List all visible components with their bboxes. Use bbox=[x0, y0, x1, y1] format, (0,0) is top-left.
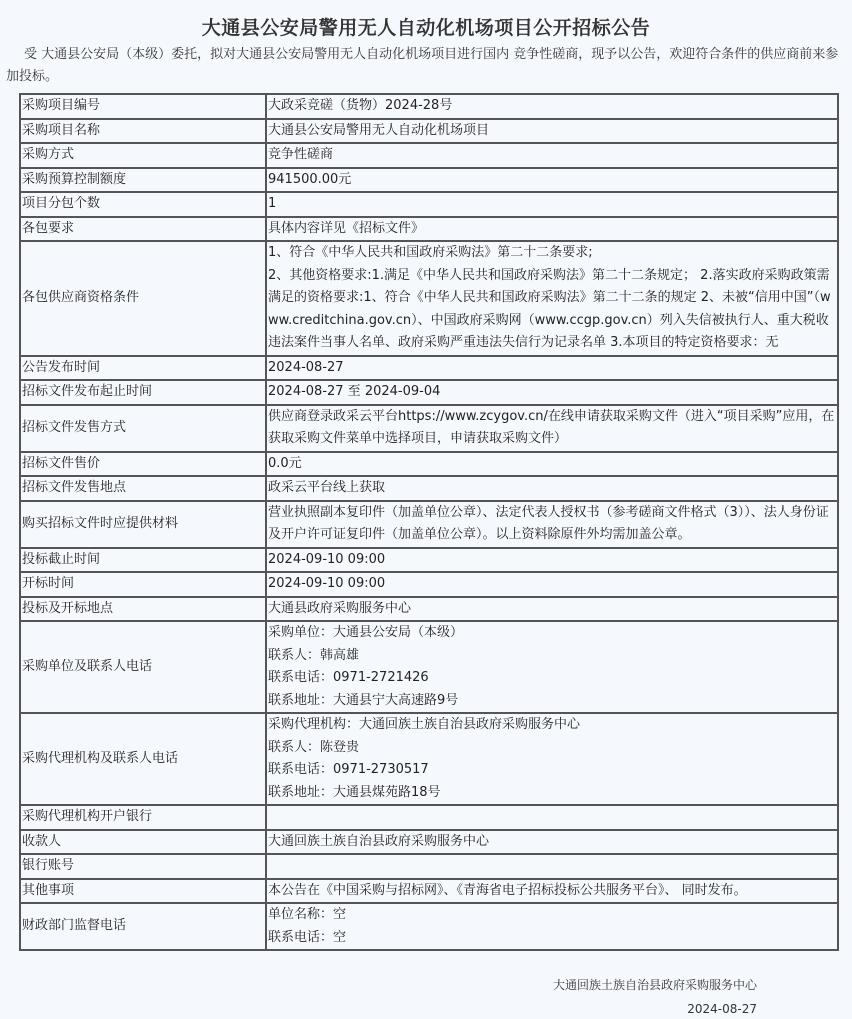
row-value-line: 本公告在《中国采购与招标网》、《青海省电子招标投标公共服务平台》、 同时发布。 bbox=[268, 880, 837, 903]
row-label: 招标文件发售方式 bbox=[20, 405, 266, 452]
intro-paragraph: 受 大通县公安局（本级）委托，拟对大通县公安局警用无人自动化机场项目进行国内 竞… bbox=[6, 44, 842, 88]
row-value-line: 大通县公安局警用无人自动化机场项目 bbox=[268, 120, 837, 143]
row-value: 采购单位：大通县公安局（本级）联系人：韩高雄联系电话：0971-2721426联… bbox=[266, 621, 838, 713]
row-label: 开标时间 bbox=[20, 572, 266, 597]
row-label: 购买招标文件时应提供材料 bbox=[20, 501, 266, 548]
row-value-line: 联系地址：大通县宁大高速路9号 bbox=[268, 690, 837, 713]
row-value-line: 联系电话：0971-2721426 bbox=[268, 667, 837, 690]
table-row: 购买招标文件时应提供材料营业执照副本复印件（加盖单位公章）、法定代表人授权书（参… bbox=[20, 501, 838, 548]
table-row: 财政部门监督电话单位名称：空联系电话：空 bbox=[20, 903, 838, 950]
row-value: 1、符合《中华人民共和国政府采购法》第二十二条要求;2、其他资格要求:1.满足《… bbox=[266, 241, 838, 356]
row-value-line: 联系电话：空 bbox=[268, 927, 837, 950]
table-row: 收款人大通回族土族自治县政府采购服务中心 bbox=[20, 830, 838, 855]
row-label: 财政部门监督电话 bbox=[20, 903, 266, 950]
row-label: 各包要求 bbox=[20, 217, 266, 242]
table-row: 开标时间2024-09-10 09:00 bbox=[20, 572, 838, 597]
row-value-line: 1、符合《中华人民共和国政府采购法》第二十二条要求; bbox=[268, 242, 837, 265]
row-label: 银行账号 bbox=[20, 854, 266, 879]
row-value bbox=[266, 805, 838, 830]
row-value: 0.0元 bbox=[266, 452, 838, 477]
row-value-line: 联系人：韩高雄 bbox=[268, 645, 837, 668]
row-label: 招标文件售价 bbox=[20, 452, 266, 477]
row-value: 2024-08-27 至 2024-09-04 bbox=[266, 380, 838, 405]
table-row: 项目分包个数1 bbox=[20, 192, 838, 217]
row-value: 竞争性磋商 bbox=[266, 143, 838, 168]
row-label: 采购项目名称 bbox=[20, 119, 266, 144]
table-row: 采购代理机构开户银行 bbox=[20, 805, 838, 830]
table-row: 采购项目名称大通县公安局警用无人自动化机场项目 bbox=[20, 119, 838, 144]
row-value-line: 采购代理机构：大通回族土族自治县政府采购服务中心 bbox=[268, 714, 837, 737]
table-row: 采购项目编号大政采竞磋（货物）2024-28号 bbox=[20, 94, 838, 119]
row-value-line: 0.0元 bbox=[268, 453, 837, 476]
row-value-line: 2024-08-27 至 2024-09-04 bbox=[268, 381, 837, 404]
row-label: 项目分包个数 bbox=[20, 192, 266, 217]
row-value: 1 bbox=[266, 192, 838, 217]
row-value: 大政采竞磋（货物）2024-28号 bbox=[266, 94, 838, 119]
row-label: 公告发布时间 bbox=[20, 356, 266, 381]
row-label: 其他事项 bbox=[20, 879, 266, 904]
row-value-line: 采购单位：大通县公安局（本级） bbox=[268, 622, 837, 645]
row-value-line: 大政采竞磋（货物）2024-28号 bbox=[268, 95, 837, 118]
row-value-line: 2、其他资格要求:1.满足《中华人民共和国政府采购法》第二十二条规定； 2.落实… bbox=[268, 265, 837, 355]
row-value: 本公告在《中国采购与招标网》、《青海省电子招标投标公共服务平台》、 同时发布。 bbox=[266, 879, 838, 904]
table-row: 采购单位及联系人电话采购单位：大通县公安局（本级）联系人：韩高雄联系电话：097… bbox=[20, 621, 838, 713]
row-label: 招标文件发售地点 bbox=[20, 476, 266, 501]
row-label: 招标文件发布起止时间 bbox=[20, 380, 266, 405]
row-label: 采购项目编号 bbox=[20, 94, 266, 119]
row-value-line: 政采云平台线上获取 bbox=[268, 477, 837, 500]
row-value: 2024-09-10 09:00 bbox=[266, 572, 838, 597]
row-value: 大通县公安局警用无人自动化机场项目 bbox=[266, 119, 838, 144]
row-value-line: 竞争性磋商 bbox=[268, 144, 837, 167]
table-row: 招标文件售价0.0元 bbox=[20, 452, 838, 477]
row-value: 2024-08-27 bbox=[266, 356, 838, 381]
row-value-line: 大通回族土族自治县政府采购服务中心 bbox=[268, 831, 837, 854]
row-value: 单位名称：空联系电话：空 bbox=[266, 903, 838, 950]
row-value: 政采云平台线上获取 bbox=[266, 476, 838, 501]
table-row: 投标截止时间2024-09-10 09:00 bbox=[20, 548, 838, 573]
table-row: 其他事项本公告在《中国采购与招标网》、《青海省电子招标投标公共服务平台》、 同时… bbox=[20, 879, 838, 904]
row-label: 采购方式 bbox=[20, 143, 266, 168]
row-value-line: 联系地址：大通县煤苑路18号 bbox=[268, 782, 837, 805]
row-value-line: 供应商登录政采云平台https://www.zcygov.cn/在线申请获取采购… bbox=[268, 406, 837, 451]
row-label: 采购代理机构及联系人电话 bbox=[20, 713, 266, 805]
announcement-page: 大通县公安局警用无人自动化机场项目公开招标公告 受 大通县公安局（本级）委托，拟… bbox=[0, 0, 852, 1019]
row-value: 供应商登录政采云平台https://www.zcygov.cn/在线申请获取采购… bbox=[266, 405, 838, 452]
row-value-line: 1 bbox=[268, 193, 837, 216]
page-title: 大通县公安局警用无人自动化机场项目公开招标公告 bbox=[0, 14, 852, 42]
row-value: 营业执照副本复印件（加盖单位公章）、法定代表人授权书（参考磋商文件格式（3））、… bbox=[266, 501, 838, 548]
row-value-line: 941500.00元 bbox=[268, 169, 837, 192]
row-value: 2024-09-10 09:00 bbox=[266, 548, 838, 573]
row-value-line: 具体内容详见《招标文件》 bbox=[268, 218, 837, 241]
row-value: 941500.00元 bbox=[266, 168, 838, 193]
table-row: 银行账号 bbox=[20, 854, 838, 879]
row-value-line: 营业执照副本复印件（加盖单位公章）、法定代表人授权书（参考磋商文件格式（3））、… bbox=[268, 502, 837, 547]
table-row: 招标文件发布起止时间2024-08-27 至 2024-09-04 bbox=[20, 380, 838, 405]
row-label: 投标截止时间 bbox=[20, 548, 266, 573]
row-value bbox=[266, 854, 838, 879]
table-row: 各包供应商资格条件1、符合《中华人民共和国政府采购法》第二十二条要求;2、其他资… bbox=[20, 241, 838, 356]
table-row: 采购方式竞争性磋商 bbox=[20, 143, 838, 168]
table-row: 招标文件发售方式供应商登录政采云平台https://www.zcygov.cn/… bbox=[20, 405, 838, 452]
row-value-line: 单位名称：空 bbox=[268, 904, 837, 927]
row-value-line: 2024-08-27 bbox=[268, 357, 837, 380]
row-label: 采购预算控制额度 bbox=[20, 168, 266, 193]
table-row: 采购代理机构及联系人电话采购代理机构：大通回族土族自治县政府采购服务中心联系人：… bbox=[20, 713, 838, 805]
table-row: 各包要求具体内容详见《招标文件》 bbox=[20, 217, 838, 242]
row-label: 采购代理机构开户银行 bbox=[20, 805, 266, 830]
row-value-line: 2024-09-10 09:00 bbox=[268, 549, 837, 572]
row-label: 投标及开标地点 bbox=[20, 597, 266, 622]
row-label: 各包供应商资格条件 bbox=[20, 241, 266, 356]
row-value: 大通回族土族自治县政府采购服务中心 bbox=[266, 830, 838, 855]
table-row: 公告发布时间2024-08-27 bbox=[20, 356, 838, 381]
row-label: 采购单位及联系人电话 bbox=[20, 621, 266, 713]
row-value-line: 联系人：陈登贵 bbox=[268, 737, 837, 760]
tender-info-table-body: 采购项目编号大政采竞磋（货物）2024-28号采购项目名称大通县公安局警用无人自… bbox=[20, 94, 838, 950]
row-value: 具体内容详见《招标文件》 bbox=[266, 217, 838, 242]
tender-info-table: 采购项目编号大政采竞磋（货物）2024-28号采购项目名称大通县公安局警用无人自… bbox=[19, 93, 839, 951]
row-value-line bbox=[268, 855, 837, 878]
row-value-line bbox=[268, 806, 837, 829]
row-value: 大通县政府采购服务中心 bbox=[266, 597, 838, 622]
row-label: 收款人 bbox=[20, 830, 266, 855]
row-value-line: 大通县政府采购服务中心 bbox=[268, 598, 837, 621]
row-value-line: 联系电话：0971-2730517 bbox=[268, 759, 837, 782]
table-row: 采购预算控制额度941500.00元 bbox=[20, 168, 838, 193]
footer-date: 2024-08-27 bbox=[687, 1000, 757, 1018]
row-value: 采购代理机构：大通回族土族自治县政府采购服务中心联系人：陈登贵联系电话：0971… bbox=[266, 713, 838, 805]
footer-organization: 大通回族土族自治县政府采购服务中心 bbox=[553, 976, 757, 994]
table-row: 招标文件发售地点政采云平台线上获取 bbox=[20, 476, 838, 501]
table-row: 投标及开标地点大通县政府采购服务中心 bbox=[20, 597, 838, 622]
row-value-line: 2024-09-10 09:00 bbox=[268, 573, 837, 596]
